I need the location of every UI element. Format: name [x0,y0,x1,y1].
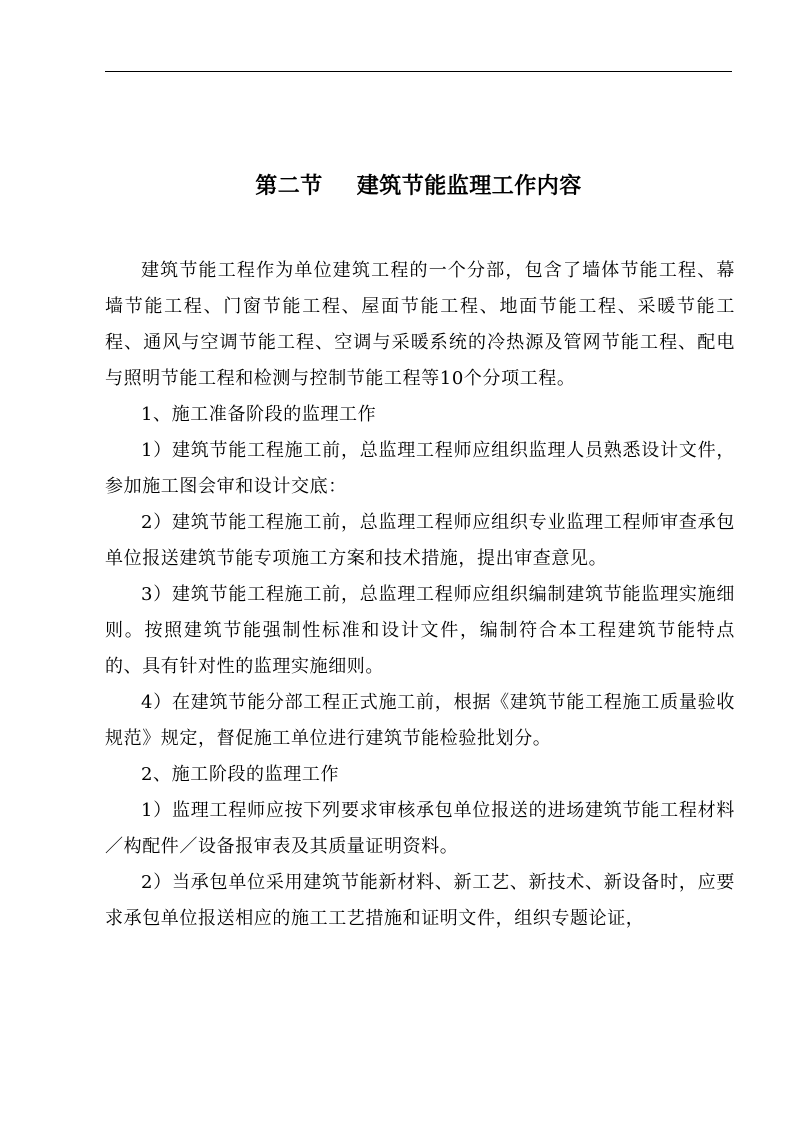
list-item: 1）监理工程师应按下列要求审核承包单位报送的进场建筑节能工程材料／构配件／设备报… [105,793,735,865]
list-item: 1）建筑节能工程施工前，总监理工程师应组织监理人员熟悉设计文件，参加施工图会审和… [105,433,735,505]
intro-paragraph: 建筑节能工程作为单位建筑工程的一个分部，包含了墙体节能工程、幕墙节能工程、门窗节… [105,253,735,397]
list-item: 4）在建筑节能分部工程正式施工前，根据《建筑节能工程施工质量验收规范》规定，督促… [105,685,735,757]
list-item: 2）建筑节能工程施工前，总监理工程师应组织专业监理工程师审查承包单位报送建筑节能… [105,505,735,577]
section-number: 第二节 [255,174,323,199]
list-item: 2）当承包单位采用建筑节能新材料、新工艺、新技术、新设备时，应要求承包单位报送相… [105,865,735,937]
body-text: 建筑节能工程作为单位建筑工程的一个分部，包含了墙体节能工程、幕墙节能工程、门窗节… [105,253,735,937]
section-heading: 建筑节能监理工作内容 [357,174,582,199]
header-rule [105,71,732,72]
subheading-preparation-stage: 1、施工准备阶段的监理工作 [105,397,735,433]
section-title: 第二节建筑节能监理工作内容 [105,170,732,204]
subheading-construction-stage: 2、施工阶段的监理工作 [105,757,735,793]
list-item: 3）建筑节能工程施工前，总监理工程师应组织编制建筑节能监理实施细则。按照建筑节能… [105,577,735,685]
